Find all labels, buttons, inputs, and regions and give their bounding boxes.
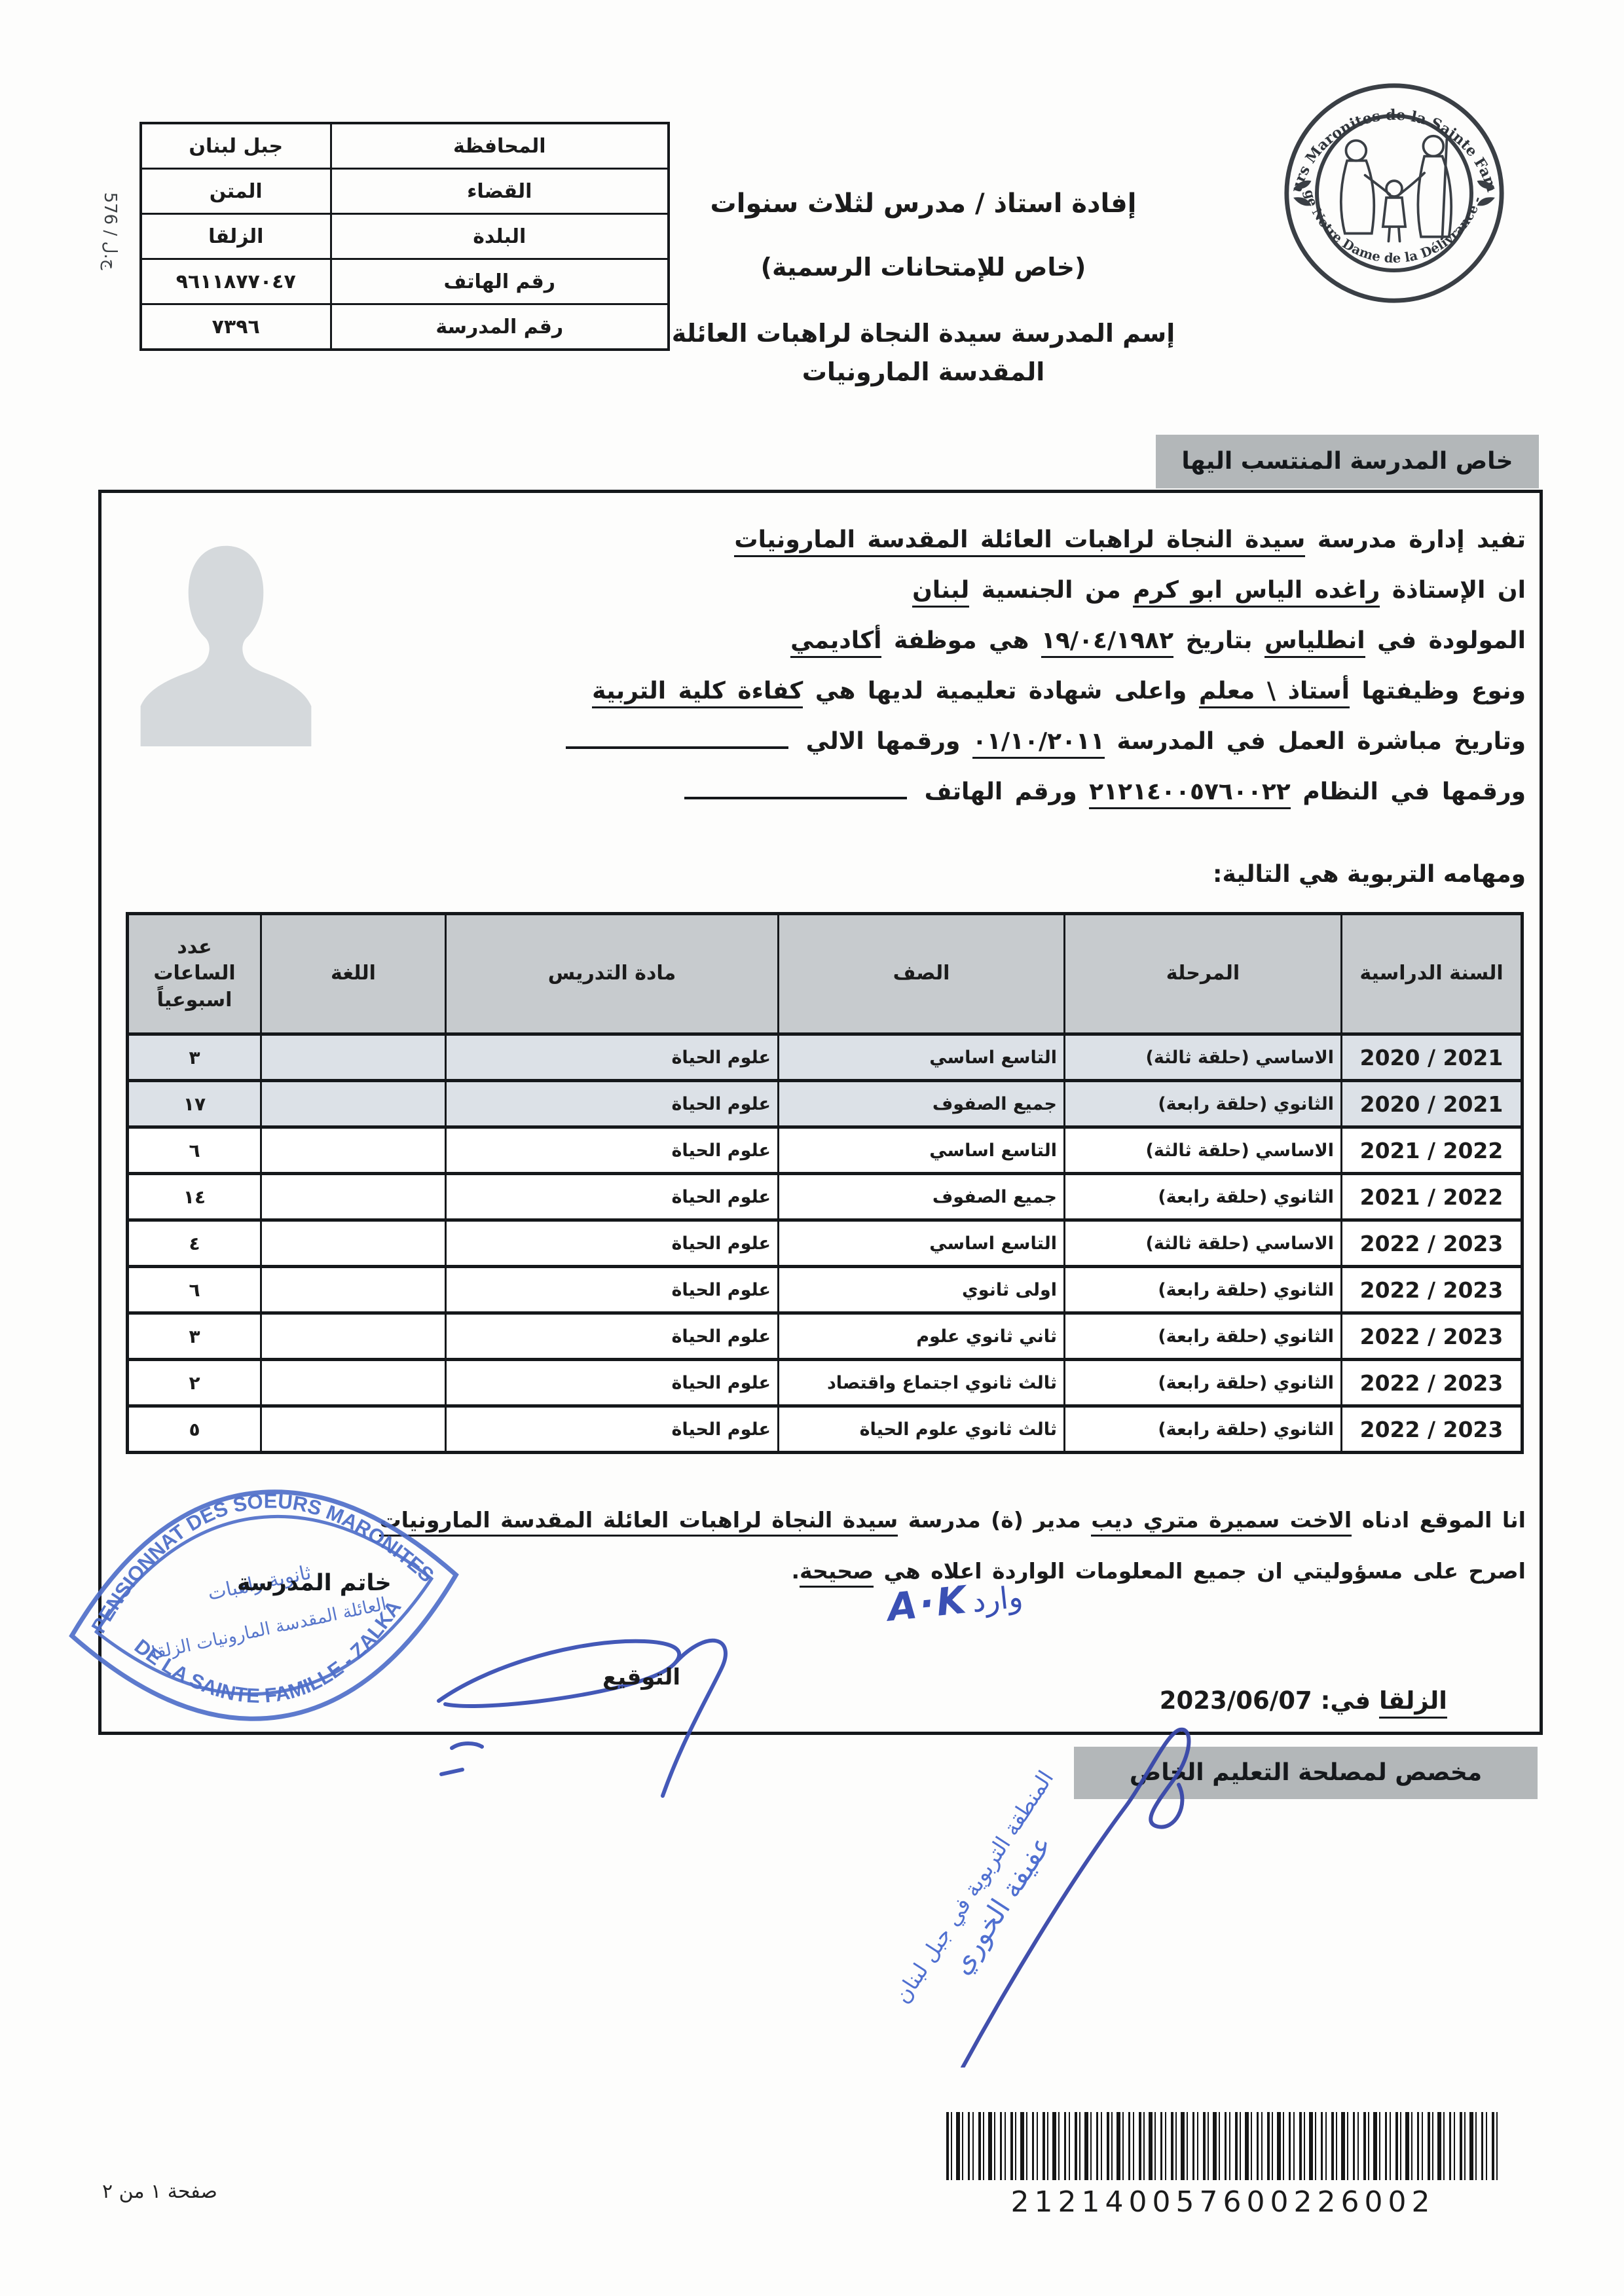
table-cell: 2022 / 2023 xyxy=(1342,1220,1522,1267)
table-cell: الاساسي (حلقة ثالثة) xyxy=(1065,1220,1342,1267)
table-cell xyxy=(261,1267,446,1313)
blank-underline xyxy=(566,727,788,749)
table-cell: 2020 / 2021 xyxy=(1342,1081,1522,1127)
table-cell: ١٤ xyxy=(128,1174,261,1220)
annotation-initials: A·K xyxy=(885,1577,970,1630)
table-cell: 2022 / 2023 xyxy=(1342,1406,1522,1453)
table-cell: علوم الحياة xyxy=(446,1127,779,1174)
table-row: 2022 / 2023الاساسي (حلقة ثالثة)التاسع اس… xyxy=(128,1220,1522,1267)
table-cell xyxy=(261,1081,446,1127)
table-cell: ٥ xyxy=(128,1406,261,1453)
text-segment: انطلياس xyxy=(1264,627,1365,658)
duties-table: السنة الدراسيةالمرحلةالصفمادة التدريسالل… xyxy=(126,912,1524,1454)
text-segment: راغده الياس ابو كرم xyxy=(1133,577,1380,608)
table-cell: علوم الحياة xyxy=(446,1360,779,1406)
date-place: الزلقا xyxy=(1379,1686,1447,1719)
table-cell: 2021 / 2022 xyxy=(1342,1127,1522,1174)
section-bar-school: خاص المدرسة المنتسب اليها xyxy=(1156,435,1539,488)
annotation-word: وارد xyxy=(970,1578,1024,1619)
table-cell: ١٧ xyxy=(128,1081,261,1127)
text-segment: هي موظفة xyxy=(881,627,1041,654)
table-cell: التاسع اساسي xyxy=(779,1127,1065,1174)
text-segment: انا الموقع ادناه xyxy=(1352,1507,1526,1533)
table-cell: الثانوي (حلقة رابعة) xyxy=(1065,1267,1342,1313)
photo-placeholder xyxy=(132,536,320,746)
info-row: رقم المدرسة٧٣٩٦ xyxy=(141,304,669,350)
duties-table-body: 2020 / 2021الاساسي (حلقة ثالثة)التاسع اس… xyxy=(128,1034,1522,1453)
location-info-table: المحافظةجبل لبنانالقضاءالمتنالبلدةالزلقا… xyxy=(139,122,670,351)
text-segment: وتاريخ مباشرة العمل في المدرسة xyxy=(1105,728,1526,755)
table-cell: الثانوي (حلقة رابعة) xyxy=(1065,1081,1342,1127)
table-cell xyxy=(261,1313,446,1360)
barcode-number: 212140057600226002 xyxy=(946,2185,1500,2219)
text-segment: صحيحة xyxy=(800,1558,874,1588)
principal-signature xyxy=(426,1576,792,1819)
text-segment: ونوع وظيفتها xyxy=(1350,678,1526,704)
table-cell: جميع الصفوف xyxy=(779,1081,1065,1127)
text-line: تفيد إدارة مدرسة سيدة النجاة لراهبات الع… xyxy=(354,524,1526,556)
info-label: القضاء xyxy=(331,169,669,214)
table-cell: 2022 / 2023 xyxy=(1342,1267,1522,1313)
text-segment: تفيد إدارة مدرسة xyxy=(1305,526,1526,553)
table-cell: ثالث ثانوي اجتماع واقتصاد xyxy=(779,1360,1065,1406)
table-cell: الثانوي (حلقة رابعة) xyxy=(1065,1360,1342,1406)
table-cell: التاسع اساسي xyxy=(779,1034,1065,1081)
table-cell: ثالث ثانوي علوم الحياة xyxy=(779,1406,1065,1453)
signature-label: التوقيع xyxy=(602,1664,680,1690)
document-title-block: إفادة استاذ / مدرس لثلاث سنوات (خاص للإم… xyxy=(661,189,1185,392)
table-cell: الاساسي (حلقة ثالثة) xyxy=(1065,1127,1342,1174)
barcode xyxy=(946,2112,1500,2180)
text-segment: أستاذ \ معلم xyxy=(1199,678,1350,708)
text-line: ان الإستاذة راغده الياس ابو كرم من الجنس… xyxy=(354,574,1526,607)
table-cell: ٦ xyxy=(128,1127,261,1174)
info-value: ٩٦١١٨٧٧٠٤٧ xyxy=(141,259,331,304)
logo-top-text: Sœurs Maronites de la Sainte Famille xyxy=(1282,81,1500,194)
document-title: إفادة استاذ / مدرس لثلاث سنوات xyxy=(661,189,1185,219)
text-line: ونوع وظيفتها أستاذ \ معلم واعلى شهادة تع… xyxy=(354,675,1526,708)
table-cell xyxy=(261,1220,446,1267)
table-cell: الثانوي (حلقة رابعة) xyxy=(1065,1313,1342,1360)
table-cell xyxy=(261,1406,446,1453)
table-cell xyxy=(261,1034,446,1081)
info-label: المحافظة xyxy=(331,123,669,169)
holy-family-illustration xyxy=(1341,136,1451,242)
info-value: الزلقا xyxy=(141,214,331,259)
text-segment: ورقم الهاتف xyxy=(912,778,1089,805)
table-cell: ٤ xyxy=(128,1220,261,1267)
laurel-leaves-icon xyxy=(1293,181,1495,206)
table-row: 2020 / 2021الاساسي (حلقة ثالثة)التاسع اس… xyxy=(128,1034,1522,1081)
info-row: رقم الهاتف٩٦١١٨٧٧٠٤٧ xyxy=(141,259,669,304)
table-cell: علوم الحياة xyxy=(446,1220,779,1267)
table-cell: ثاني ثانوي علوم xyxy=(779,1313,1065,1360)
text-segment: واعلى شهادة تعليمية لديها هي xyxy=(803,678,1198,704)
school-name-line: إسم المدرسة سيدة النجاة لراهبات العائلة … xyxy=(661,314,1185,392)
table-cell: الثانوي (حلقة رابعة) xyxy=(1065,1406,1342,1453)
table-cell: 2021 / 2022 xyxy=(1342,1174,1522,1220)
column-header: عدد الساعات اسبوعياً xyxy=(128,914,261,1034)
info-label: البلدة xyxy=(331,214,669,259)
table-cell: التاسع اساسي xyxy=(779,1220,1065,1267)
table-cell xyxy=(261,1360,446,1406)
table-cell: علوم الحياة xyxy=(446,1174,779,1220)
school-logo: Sœurs Maronites de la Sainte Famille Col… xyxy=(1282,81,1506,305)
text-segment: من الجنسية xyxy=(969,577,1133,604)
column-header: السنة الدراسية xyxy=(1342,914,1522,1034)
info-value: المتن xyxy=(141,169,331,214)
text-segment: ٢١٢١٤٠٠٥٧٦٠٠٢٢ xyxy=(1089,778,1291,809)
duties-header-row: السنة الدراسيةالمرحلةالصفمادة التدريسالل… xyxy=(128,914,1522,1034)
text-segment: الاخت سميرة متري ديب xyxy=(1091,1507,1352,1537)
table-cell: علوم الحياة xyxy=(446,1081,779,1127)
text-segment: . xyxy=(791,1558,800,1584)
info-value: جبل لبنان xyxy=(141,123,331,169)
info-value: ٧٣٩٦ xyxy=(141,304,331,350)
column-header: المرحلة xyxy=(1065,914,1342,1034)
document-subtitle: (خاص للإمتحانات الرسمية) xyxy=(661,253,1185,282)
text-line: ورقمها في النظام ٢١٢١٤٠٠٥٧٦٠٠٢٢ ورقم اله… xyxy=(354,776,1526,809)
text-line: المولودة في انطلياس بتاريخ ١٩/٠٤/١٩٨٢ هي… xyxy=(354,625,1526,657)
date-value: 2023/06/07 xyxy=(1160,1686,1312,1715)
table-cell: ٢ xyxy=(128,1360,261,1406)
text-segment: ٠١/١٠/٢٠١١ xyxy=(972,728,1105,759)
info-table-body: المحافظةجبل لبنانالقضاءالمتنالبلدةالزلقا… xyxy=(141,123,669,350)
table-row: 2020 / 2021الثانوي (حلقة رابعة)جميع الصف… xyxy=(128,1081,1522,1127)
date-separator: في: xyxy=(1312,1686,1379,1715)
text-segment: ان الإستاذة xyxy=(1380,577,1526,604)
table-row: 2022 / 2023الثانوي (حلقة رابعة)اولى ثانو… xyxy=(128,1267,1522,1313)
text-segment: ورقمها الالي xyxy=(794,728,972,755)
text-line: انا الموقع ادناه الاخت سميرة متري ديب مد… xyxy=(379,1504,1526,1536)
table-cell: 2020 / 2021 xyxy=(1342,1034,1522,1081)
table-cell: 2022 / 2023 xyxy=(1342,1313,1522,1360)
text-line: وتاريخ مباشرة العمل في المدرسة ٠١/١٠/٢٠١… xyxy=(354,725,1526,758)
table-row: 2022 / 2023الثانوي (حلقة رابعة)ثاني ثانو… xyxy=(128,1313,1522,1360)
table-cell xyxy=(261,1127,446,1174)
table-row: 2021 / 2022الاساسي (حلقة ثالثة)التاسع اس… xyxy=(128,1127,1522,1174)
table-cell: ٦ xyxy=(128,1267,261,1313)
table-row: 2022 / 2023الثانوي (حلقة رابعة)ثالث ثانو… xyxy=(128,1360,1522,1406)
table-cell: علوم الحياة xyxy=(446,1406,779,1453)
tasks-heading: ومهامه التربوية هي التالية: xyxy=(1213,861,1526,888)
date-line: الزلقا في: 2023/06/07 xyxy=(1160,1686,1447,1715)
info-row: القضاءالمتن xyxy=(141,169,669,214)
table-cell: جميع الصفوف xyxy=(779,1174,1065,1220)
info-row: البلدةالزلقا xyxy=(141,214,669,259)
table-cell: علوم الحياة xyxy=(446,1267,779,1313)
table-cell: ٣ xyxy=(128,1313,261,1360)
pen-stroke xyxy=(851,1714,1231,2068)
column-header: الصف xyxy=(779,914,1065,1034)
table-cell: الاساسي (حلقة ثالثة) xyxy=(1065,1034,1342,1081)
info-label: رقم المدرسة xyxy=(331,304,669,350)
table-cell xyxy=(261,1174,446,1220)
text-segment: كفاءة كلية التربية xyxy=(592,678,803,708)
stamp-caption: خاتم المدرسة xyxy=(237,1570,392,1596)
column-header: اللغة xyxy=(261,914,446,1034)
info-row: المحافظةجبل لبنان xyxy=(141,123,669,169)
text-segment: لبنان xyxy=(912,577,969,608)
info-label: رقم الهاتف xyxy=(331,259,669,304)
text-segment: سيدة النجاة لراهبات العائلة المقدسة الما… xyxy=(734,526,1305,557)
table-cell: 2022 / 2023 xyxy=(1342,1360,1522,1406)
table-row: 2021 / 2022الثانوي (حلقة رابعة)جميع الصف… xyxy=(128,1174,1522,1220)
text-segment: ١٩/٠٤/١٩٨٢ xyxy=(1041,627,1173,658)
table-cell: علوم الحياة xyxy=(446,1313,779,1360)
table-cell: ٣ xyxy=(128,1034,261,1081)
scanned-document-page: ج.ل / 576 المحافظةجبل لبنانالقضاءالمتنال… xyxy=(0,0,1624,2296)
text-segment: مدير (ة) مدرسة xyxy=(898,1507,1091,1533)
text-segment: المولودة في xyxy=(1365,627,1526,654)
text-segment: بتاريخ xyxy=(1173,627,1264,654)
table-cell: علوم الحياة xyxy=(446,1034,779,1081)
text-segment: ورقمها في النظام xyxy=(1291,778,1526,805)
table-row: 2022 / 2023الثانوي (حلقة رابعة)ثالث ثانو… xyxy=(128,1406,1522,1453)
text-segment: أكاديمي xyxy=(790,627,881,658)
blank-underline xyxy=(684,777,907,799)
statement-lines: تفيد إدارة مدرسة سيدة النجاة لراهبات الع… xyxy=(354,524,1526,826)
column-header: مادة التدريس xyxy=(446,914,779,1034)
page-number: صفحة ١ من ٢ xyxy=(102,2180,217,2203)
side-reference-code: ج.ل / 576 xyxy=(100,153,120,310)
table-cell: اولى ثانوي xyxy=(779,1267,1065,1313)
table-cell: الثانوي (حلقة رابعة) xyxy=(1065,1174,1342,1220)
